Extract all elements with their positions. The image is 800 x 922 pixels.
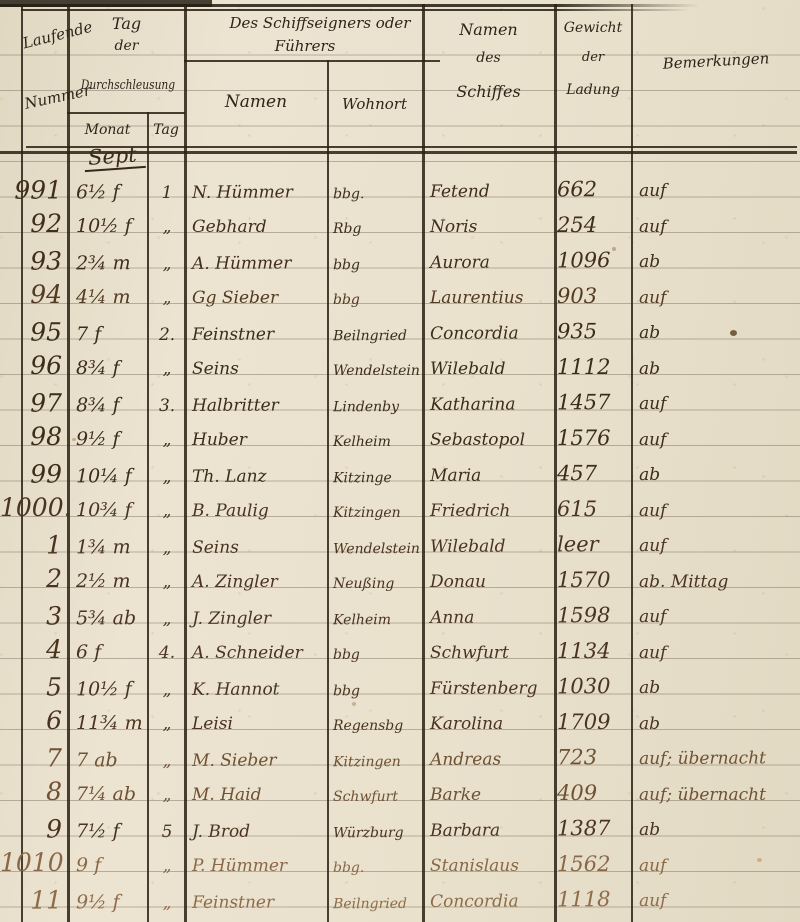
- table-row: 94 4¼ m „ Gg Sieber bbg Laurentius 903 a…: [0, 269, 800, 305]
- cell-serial-number: 96: [0, 353, 62, 378]
- header-subcol-residence: Wohnort: [327, 95, 422, 113]
- table-row: 4 6 f 4. A. Schneider bbg Schwfurt 1134 …: [0, 624, 800, 660]
- table-row: 1 1¾ m „ Seins Wendelstein Wilebald leer…: [0, 515, 800, 554]
- table-row: 6 11¾ m „ Leisi Regensbg Karolina 1709 a…: [0, 695, 800, 731]
- table-row: 8 7¼ ab „ M. Haid Schwfurt Barke 409 auf…: [0, 766, 800, 802]
- cell-serial-number: 94: [0, 282, 62, 307]
- header-subcol-day: Tag: [147, 122, 185, 138]
- header-skipper-title1: Des Schiffseigners oder: [185, 14, 455, 32]
- table-top-border: [0, 4, 700, 7]
- cell-time: 7¼ ab: [76, 785, 148, 804]
- ledger-page: Laufende Nummer Tag der Durchschleusung …: [0, 0, 800, 922]
- table-row: 9 7½ f 5 J. Brod Würzburg Barbara 1387 a…: [0, 799, 800, 838]
- table-row: 2 2½ m „ A. Zingler Neußing Donau 1570 a…: [0, 553, 800, 589]
- header-subcol-month: Monat: [68, 122, 147, 138]
- header-weight-line1: Gewicht: [555, 20, 631, 36]
- cell-time: 6 f: [76, 643, 148, 662]
- table-row: 11 9½ f „ Feinstner Beilngried Concordia…: [0, 870, 800, 909]
- header-subcol-name: Namen: [185, 92, 327, 112]
- table-row: 93 2¾ m „ A. Hümmer bbg Aurora 1096 ab: [0, 231, 800, 270]
- table-row: 95 7 f 2. Feinstner Beilngried Concordia…: [0, 302, 800, 341]
- header-day-line2: der: [68, 38, 185, 54]
- table-row: 3 5¾ ab „ J. Zingler Kelheim Anna 1598 a…: [0, 586, 800, 625]
- cell-time: 10¾ f: [76, 501, 148, 520]
- cell-time: 9 f: [76, 856, 148, 875]
- table-row: 99 10¼ f „ Th. Lanz Kitzinge Maria 457 a…: [0, 444, 800, 483]
- cell-time: 10½ f: [76, 217, 148, 236]
- cell-time: 9½ f: [76, 893, 148, 912]
- table-row: 98 9½ f „ Huber Kelheim Sebastopol 1576 …: [0, 411, 800, 447]
- cell-time: 8¾ f: [76, 359, 148, 378]
- header-ship-line2: des: [423, 50, 554, 66]
- cell-day: „: [148, 894, 186, 911]
- header-skipper-title2: Führers: [215, 37, 395, 55]
- cell-time: 9½ f: [76, 430, 148, 449]
- daybox-divider: [67, 112, 185, 114]
- cell-time: 2½ m: [76, 572, 148, 591]
- header-weight-line2: der: [555, 50, 631, 65]
- header-ship-line1: Namen: [423, 20, 554, 39]
- header-weight-line3: Ladung: [555, 82, 631, 98]
- table-top-border-inner: [21, 9, 691, 11]
- cell-serial-number: 98: [0, 424, 62, 449]
- cell-time: 4¼ m: [76, 288, 148, 307]
- cell-time: 11¾ m: [76, 714, 148, 733]
- cell-serial-number: 6: [0, 708, 62, 733]
- cell-remarks: auf: [639, 892, 799, 910]
- table-row: 92 10½ f „ Gebhard Rbg Noris 254 auf: [0, 198, 800, 234]
- header-ship-line3: Schiffes: [423, 82, 554, 101]
- cell-skipper-name: Feinstner: [192, 894, 332, 912]
- table-row: 7 7 ab „ M. Sieber Kitzingen Andreas 723…: [0, 728, 800, 767]
- cell-residence: Beilngried: [333, 896, 427, 910]
- cell-serial-number: 8: [0, 779, 62, 804]
- table-row: 5 10½ f „ K. Hannot bbg Fürstenberg 1030…: [0, 657, 800, 696]
- cell-ship-name: Concordia: [430, 893, 558, 911]
- header-day-line1: Tag: [68, 14, 185, 33]
- table-row: 96 8¾ f „ Seins Wendelstein Wilebald 111…: [0, 340, 800, 376]
- header-day-line3: Durchschleusung: [75, 78, 182, 93]
- cell-serial-number: 1000.: [0, 495, 62, 520]
- skipper-title-divider: [184, 60, 440, 62]
- table-row: 991 6½ f 1 N. Hümmer bbg. Fetend 662 auf: [0, 160, 800, 199]
- header-remarks: Bemerkungen: [632, 48, 800, 75]
- cell-cargo-weight: 1118: [557, 888, 632, 909]
- cell-serial-number: 92: [0, 211, 62, 236]
- table-row: 97 8¾ f 3. Halbritter Lindenby Katharina…: [0, 373, 800, 412]
- cell-serial-number: 1010: [0, 850, 62, 875]
- cell-serial-number: 4: [0, 637, 62, 662]
- cell-serial-number: 2: [0, 566, 62, 591]
- cell-serial-number: 11: [0, 887, 62, 912]
- ledger-rows: 991 6½ f 1 N. Hümmer bbg. Fetend 662 auf…: [0, 162, 800, 908]
- table-row: 1000. 10¾ f „ B. Paulig Kitzingen Friedr…: [0, 482, 800, 518]
- table-row: 1010 9 f „ P. Hümmer bbg. Stanislaus 156…: [0, 837, 800, 873]
